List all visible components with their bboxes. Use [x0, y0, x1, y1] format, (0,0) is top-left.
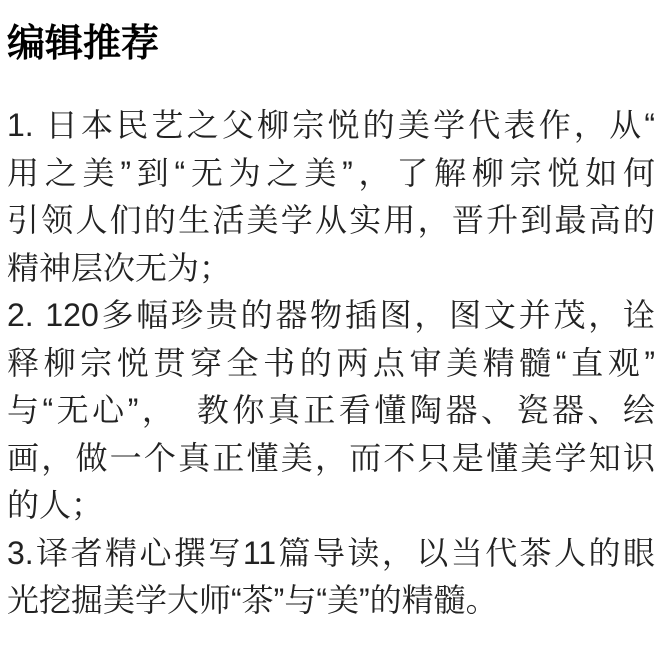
- text-line: 释柳宗悦贯穿全书的两点审美精髓“直观”: [7, 340, 655, 388]
- text-line: 1. 日本民艺之父柳宗悦的美学代表作，从“: [7, 102, 655, 150]
- editor-recommendation-section: 编辑推荐 1. 日本民艺之父柳宗悦的美学代表作，从“ 用之美”到“无为之美”，了…: [0, 0, 670, 670]
- section-title: 编辑推荐: [7, 21, 655, 67]
- text-line: 引领人们的生活美学从实用，晋升到最高的: [7, 197, 655, 245]
- text-line: 3.译者精心撰写11篇导读，以当代茶人的眼: [7, 530, 655, 578]
- recommendation-paragraph: 3.译者精心撰写11篇导读，以当代茶人的眼 光挖掘美学大师“茶”与“美”的精髓。: [7, 530, 655, 625]
- text-line: 光挖掘美学大师“茶”与“美”的精髓。: [7, 577, 655, 625]
- recommendation-paragraph: 1. 日本民艺之父柳宗悦的美学代表作，从“ 用之美”到“无为之美”，了解柳宗悦如…: [7, 102, 655, 292]
- recommendation-paragraph: 2. 120多幅珍贵的器物插图，图文并茂，诠 释柳宗悦贯穿全书的两点审美精髓“直…: [7, 292, 655, 530]
- text-line: 的人；: [7, 482, 655, 530]
- text-line: 用之美”到“无为之美”，了解柳宗悦如何: [7, 150, 655, 198]
- text-line: 2. 120多幅珍贵的器物插图，图文并茂，诠: [7, 292, 655, 340]
- text-line: 精神层次无为；: [7, 245, 655, 293]
- text-line: 与“无心”， 教你真正看懂陶器、瓷器、绘: [7, 387, 655, 435]
- text-line: 画，做一个真正懂美，而不只是懂美学知识: [7, 435, 655, 483]
